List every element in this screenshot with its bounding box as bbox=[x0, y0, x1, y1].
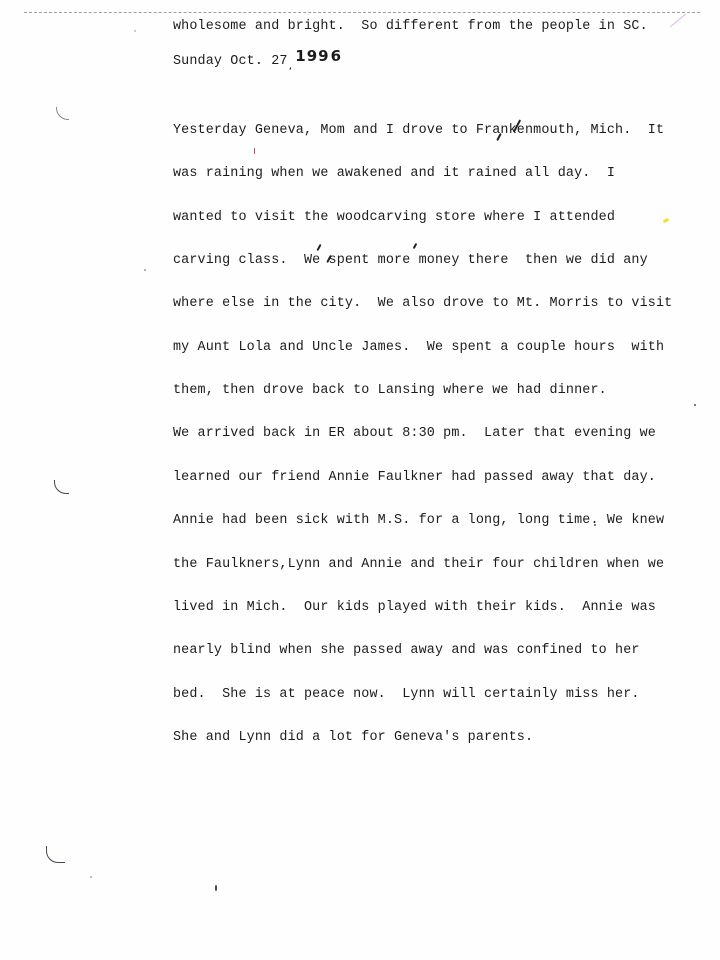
scan-streak bbox=[670, 14, 686, 28]
pen-insert-mark bbox=[254, 148, 255, 154]
torn-top-edge bbox=[24, 12, 700, 13]
entry-line: wanted to visit the woodcarving store wh… bbox=[173, 211, 672, 225]
scan-speck bbox=[134, 30, 136, 32]
binder-hole-mark bbox=[56, 107, 69, 120]
entry-date: Sunday Oct. 27,1996 bbox=[173, 52, 342, 69]
scan-speck bbox=[144, 269, 146, 271]
binder-hole-mark bbox=[46, 846, 65, 863]
entry-line: was raining when we awakened and it rain… bbox=[173, 167, 672, 181]
scan-speck bbox=[694, 404, 696, 406]
carryover-line: wholesome and bright. So different from … bbox=[173, 20, 648, 34]
binder-hole-mark bbox=[54, 480, 69, 494]
entry-line: bed. She is at peace now. Lynn will cert… bbox=[173, 688, 672, 702]
scanned-page: wholesome and bright. So different from … bbox=[0, 0, 720, 960]
entry-line: nearly blind when she passed away and wa… bbox=[173, 644, 672, 658]
entry-line: Yesterday Geneva, Mom and I drove to Fra… bbox=[173, 124, 672, 138]
journal-entry-body: Yesterday Geneva, Mom and I drove to Fra… bbox=[173, 95, 672, 774]
entry-line: them, then drove back to Lansing where w… bbox=[173, 384, 672, 398]
entry-line: learned our friend Annie Faulkner had pa… bbox=[173, 471, 672, 485]
entry-line: We arrived back in ER about 8:30 pm. Lat… bbox=[173, 427, 672, 441]
entry-line: She and Lynn did a lot for Geneva's pare… bbox=[173, 731, 672, 745]
scan-speck bbox=[594, 524, 596, 526]
entry-line: lived in Mich. Our kids played with thei… bbox=[173, 601, 672, 615]
date-handwritten-year-last-digit: 6 bbox=[331, 47, 342, 65]
entry-line: Annie had been sick with M.S. for a long… bbox=[173, 514, 672, 528]
date-handwritten-comma: , bbox=[289, 59, 293, 72]
entry-line: where else in the city. We also drove to… bbox=[173, 297, 672, 311]
date-typed: Sunday Oct. 27 bbox=[173, 54, 288, 69]
entry-line: carving class. We spent more money there… bbox=[173, 254, 672, 268]
date-handwritten-year: 199 bbox=[295, 47, 329, 65]
entry-line: my Aunt Lola and Uncle James. We spent a… bbox=[173, 341, 672, 355]
entry-line: the Faulkners,Lynn and Annie and their f… bbox=[173, 558, 672, 572]
scan-speck bbox=[215, 885, 217, 891]
scan-speck bbox=[90, 876, 92, 878]
